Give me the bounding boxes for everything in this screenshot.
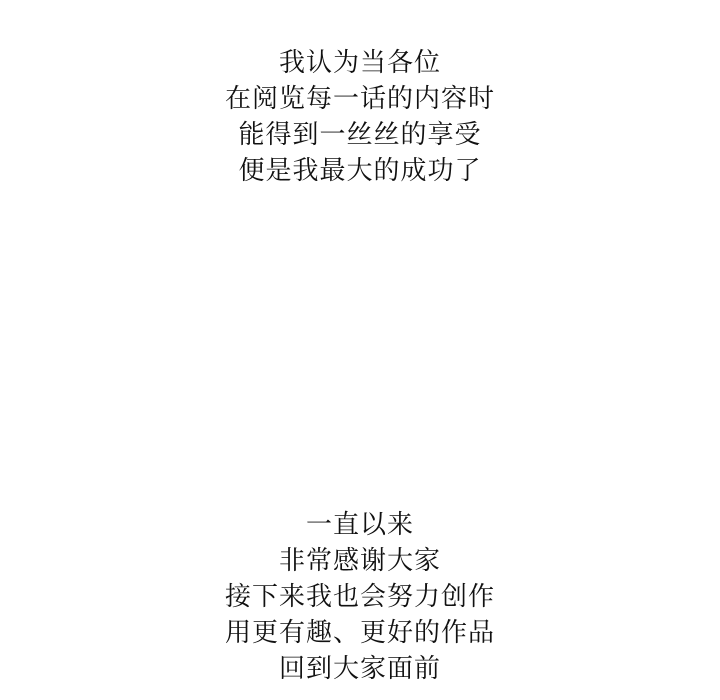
top-message: 我认为当各位 在阅览每一话的内容时 能得到一丝丝的享受 便是我最大的成功了 bbox=[0, 45, 720, 189]
top-message-line: 便是我最大的成功了 bbox=[0, 153, 720, 189]
top-message-line: 能得到一丝丝的享受 bbox=[0, 117, 720, 153]
bottom-message-line: 非常感谢大家 bbox=[0, 543, 720, 579]
bottom-message-line: 接下来我也会努力创作 bbox=[0, 579, 720, 615]
top-message-line: 在阅览每一话的内容时 bbox=[0, 81, 720, 117]
bottom-message-line: 一直以来 bbox=[0, 507, 720, 543]
bottom-message-line: 用更有趣、更好的作品 bbox=[0, 615, 720, 651]
top-message-line: 我认为当各位 bbox=[0, 45, 720, 81]
bottom-message: 一直以来 非常感谢大家 接下来我也会努力创作 用更有趣、更好的作品 回到大家面前 bbox=[0, 507, 720, 687]
bottom-message-line: 回到大家面前 bbox=[0, 651, 720, 687]
